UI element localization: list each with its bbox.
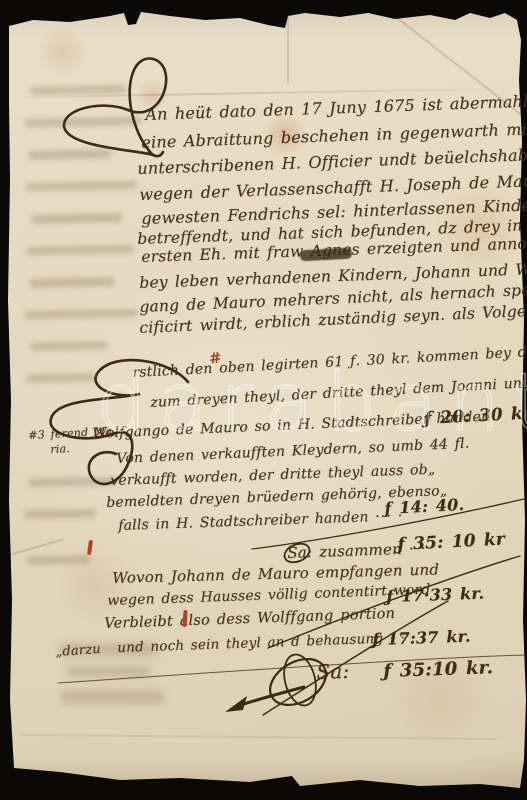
amount-value: ƒ 14: 40. — [384, 496, 465, 518]
amount-value: ƒ 17·33 kr. — [386, 585, 485, 606]
crease-line — [0, 538, 64, 559]
crease-line — [20, 734, 500, 740]
amount-value: ƒ 35:10 kr. — [383, 658, 493, 682]
margin-note: ria. — [50, 443, 70, 456]
amount-value: ƒ 17:37 kr. — [372, 628, 471, 649]
crease-line — [287, 14, 289, 84]
manuscript-photo: An heüt dato den 17 Juny 1675 ist aberma… — [0, 0, 527, 800]
sum-label: Sa: — [316, 660, 350, 683]
